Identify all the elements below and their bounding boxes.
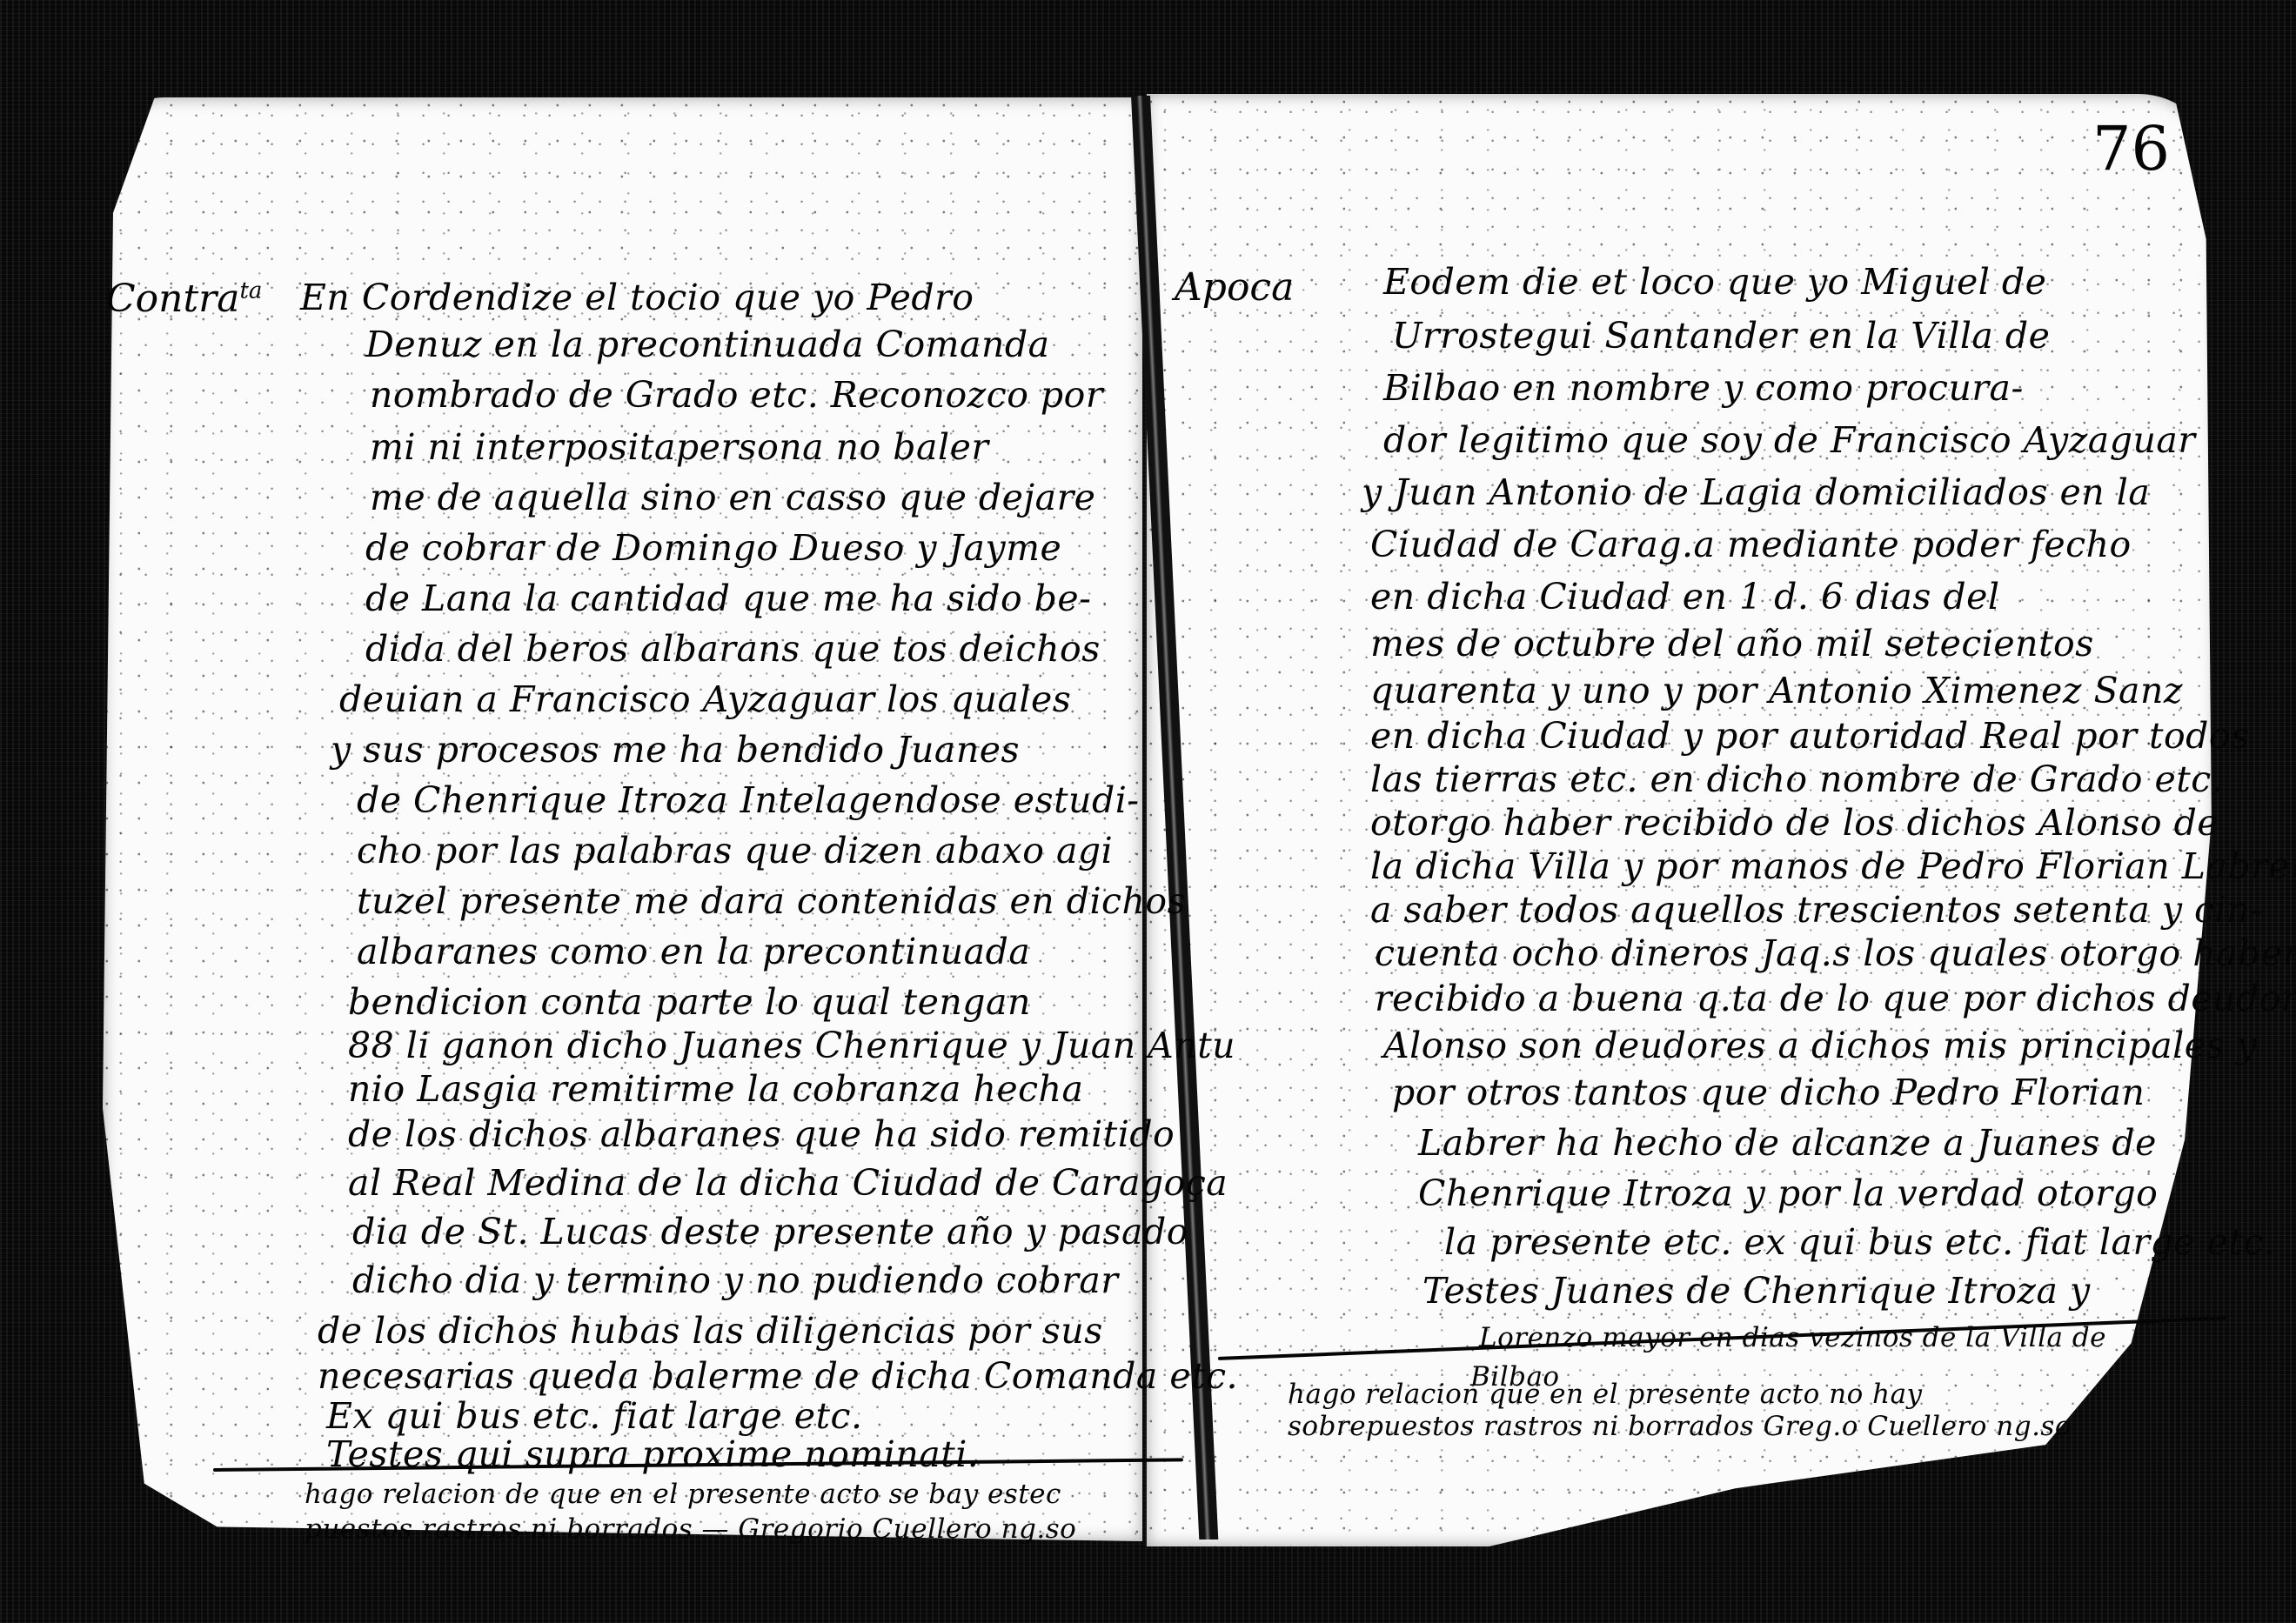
right-line-19: Labrer ha hecho de alcanze a Juanes de [1418,1122,2157,1164]
margin-note-superscript: ta [239,277,262,304]
left-margin-note: Contrata [106,277,262,321]
right-line-20: Chenrique Itroza y por la verdad otorgo [1418,1172,2158,1214]
left-line-22: de los dichos hubas las diligencias por … [318,1310,1103,1352]
right-line-1: Eodem die et loco que yo Miguel de [1383,261,2046,303]
left-line-10: y sus procesos me ha bendido Juanes [331,729,1020,771]
right-line-7: en dicha Ciudad en 1 d. 6 dias del [1370,576,2000,618]
right-line-9: quarenta y uno y por Antonio Ximenez San… [1370,670,2183,711]
right-line-10: en dicha Ciudad y por autoridad Real por… [1370,715,2250,757]
margin-note-text: Contra [106,277,239,321]
left-line-5: me de aquella sino en casso que dejare [370,477,1095,518]
left-line-7: de Lana la cantidad que me ha sido be- [365,578,1092,619]
right-line-14: a saber todos aquellos trescientos seten… [1370,889,2262,931]
left-line-18: de los dichos albaranes que ha sido remi… [348,1113,1175,1155]
left-footnote-line-2: puestos rastros ni borrados — Gregorio C… [305,1513,1076,1545]
left-line-14: albaranes como en la precontinuada [357,931,1030,972]
left-line-24: Ex qui bus etc. fiat large etc. [326,1395,863,1437]
right-footnote-line-1: hago relacion que en el presente acto no… [1288,1379,1923,1410]
right-line-8: mes de octubre del año mil setecientos [1370,623,2094,665]
left-line-6: de cobrar de Domingo Dueso y Jayme [365,527,1061,569]
left-line-12: cho por las palabras que dizen abaxo agi [357,830,1113,872]
right-line-6: Ciudad de Carag.a mediante poder fecho [1370,524,2132,565]
right-line-17: Alonso son deudores a dichos mis princip… [1383,1025,2257,1066]
left-line-23: necesarias queda balerme de dicha Comand… [318,1355,1238,1397]
right-line-12: otorgo haber recibido de los dichos Alon… [1370,802,2219,844]
left-line-8: dida del beros albarans que tos deichos [365,628,1101,670]
right-line-22: Testes Juanes de Chenrique Itroza y [1422,1270,2091,1312]
left-line-20: dia de St. Lucas deste presente año y pa… [352,1211,1188,1252]
left-line-11: de Chenrique Itroza Intelagendose estudi… [357,779,1140,821]
left-line-1: En Cordendize el tocio que yo Pedro [300,277,974,318]
left-line-4: mi ni interpositapersona no baler [370,426,988,468]
left-line-17: nio Lasgia remitirme la cobranza hecha [348,1068,1084,1110]
right-line-2: Urrostegui Santander en la Villa de [1392,315,2050,357]
left-line-21: dicho dia y termino y no pudiendo cobrar [352,1259,1118,1301]
folio-number: 76 [2092,113,2170,184]
right-footnote-line-2: sobrepuestos rastros ni borrados Greg.o … [1288,1411,2072,1442]
right-line-13: la dicha Villa y por manos de Pedro Flor… [1370,845,2296,887]
left-line-15: bendicion conta parte lo qual tengan [348,981,1031,1023]
right-line-4: dor legitimo que soy de Francisco Ayzagu… [1383,419,2195,461]
left-line-2: Denuz en la precontinuada Comanda [365,324,1050,365]
left-line-3: nombrado de Grado etc. Reconozco por [370,374,1103,416]
right-line-16: recibido a buena q.ta de lo que por dich… [1375,978,2296,1019]
left-line-19: al Real Medina de la dicha Ciudad de Car… [348,1162,1228,1204]
right-line-5: y Juan Antonio de Lagia domiciliados en … [1362,471,2150,513]
left-line-9: deuian a Francisco Ayzaguar los quales [339,678,1071,720]
left-footnote-line-1: hago relacion de que en el presente acto… [305,1479,1061,1510]
right-margin-note: Apoca [1175,265,1294,310]
left-line-13: tuzel presente me dara contenidas en dic… [357,880,1186,922]
right-line-11: las tierras etc. en dicho nombre de Grad… [1370,758,2223,800]
right-line-18: por otros tantos que dicho Pedro Florian [1392,1072,2145,1113]
right-line-3: Bilbao en nombre y como procura- [1383,367,2024,409]
left-line-16: 88 li ganon dicho Juanes Chenrique y Jua… [348,1025,1235,1066]
right-line-21: la presente etc. ex qui bus etc. fiat la… [1444,1221,2275,1263]
right-line-15: cuenta ocho dineros Jaq.s los quales oto… [1375,932,2296,974]
